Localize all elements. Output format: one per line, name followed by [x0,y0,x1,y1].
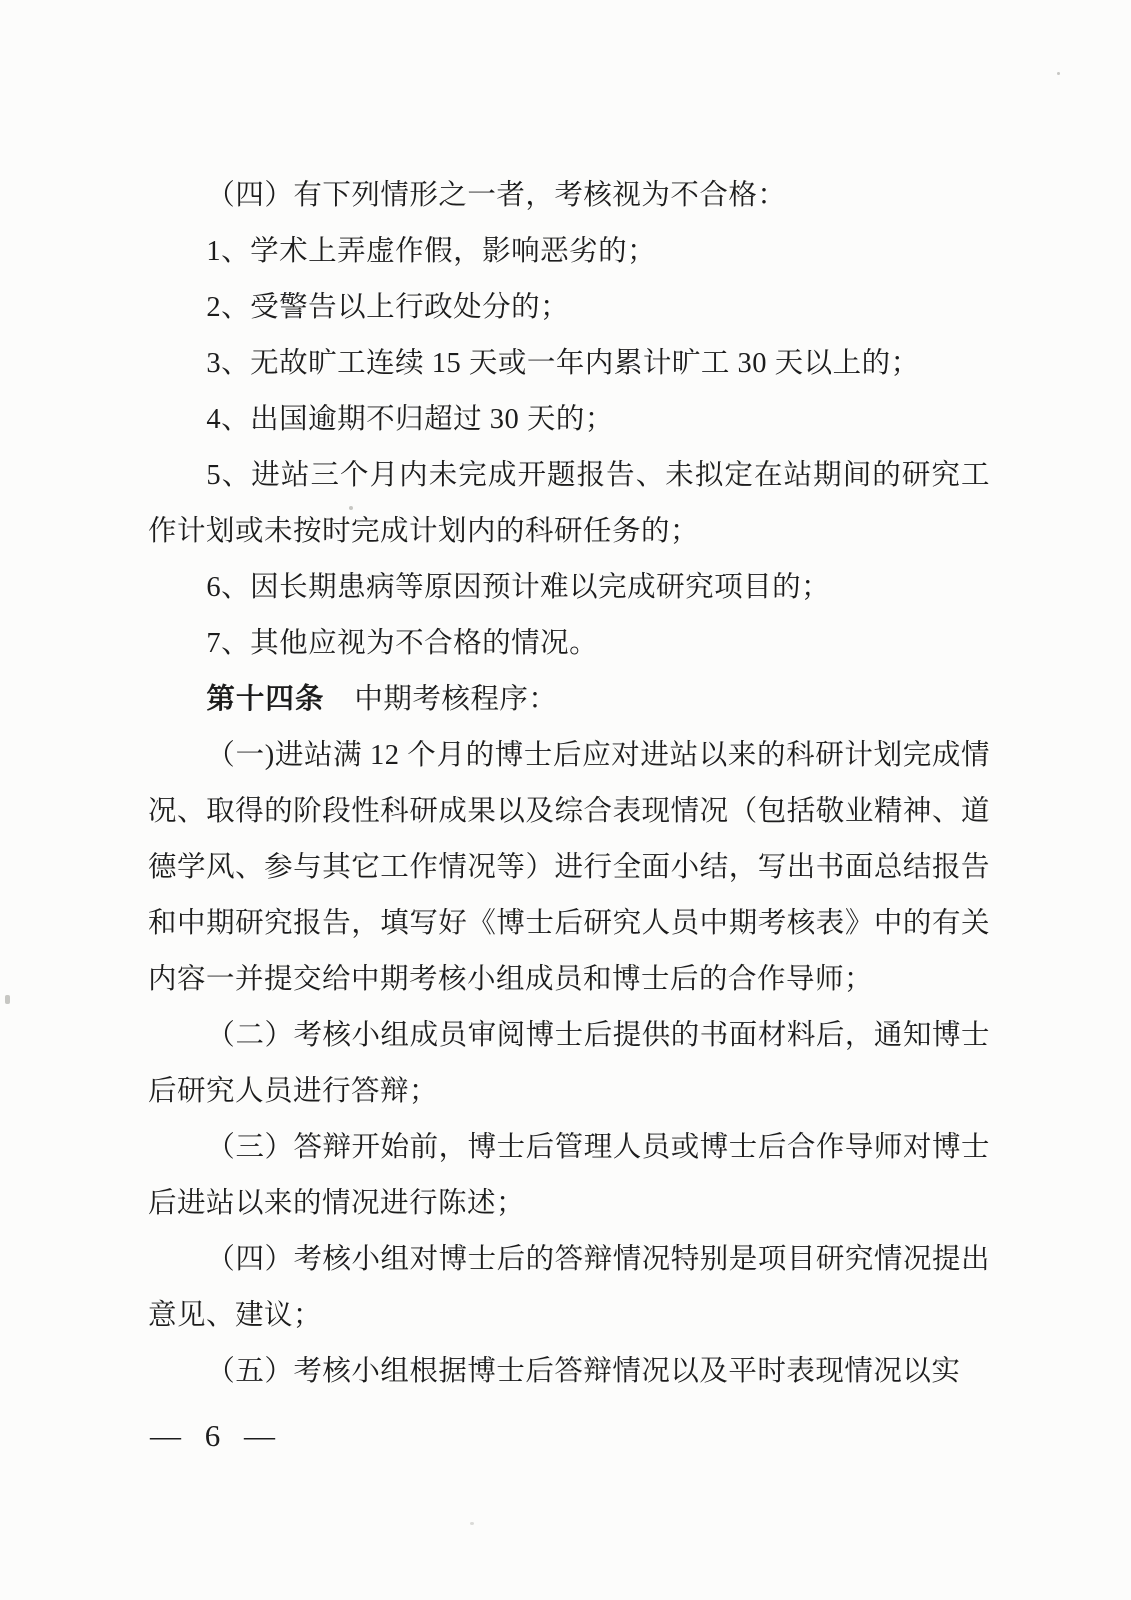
paragraph: （三）答辩开始前，博士后管理人员或博士后合作导师对博士后进站以来的情况进行陈述； [148,1120,990,1232]
paragraph: 7、其他应视为不合格的情况。 [148,616,990,672]
article-heading-paragraph: 第十四条中期考核程序： [148,672,990,728]
paragraph: （一)进站满 12 个月的博士后应对进站以来的科研计划完成情况、取得的阶段性科研… [148,728,990,1008]
paragraph: 4、出国逾期不归超过 30 天的； [148,392,990,448]
scan-speck [1057,72,1060,75]
paragraph: 3、无故旷工连续 15 天或一年内累计旷工 30 天以上的； [148,336,990,392]
document-body-text: （四）有下列情形之一者，考核视为不合格：1、学术上弄虚作假，影响恶劣的；2、受警… [148,168,990,1400]
scan-speck [5,995,10,1004]
scan-speck [349,506,353,510]
paragraph: （五）考核小组根据博士后答辩情况以及平时表现情况以实 [148,1344,990,1400]
paragraph: 6、因长期患病等原因预计难以完成研究项目的； [148,560,990,616]
page-number: — 6 — [150,1418,283,1454]
paragraph: （四）有下列情形之一者，考核视为不合格： [148,168,990,224]
paragraph: 5、进站三个月内未完成开题报告、未拟定在站期间的研究工作计划或未按时完成计划内的… [148,448,990,560]
paragraph: （二）考核小组成员审阅博士后提供的书面材料后，通知博士后研究人员进行答辩； [148,1008,990,1120]
article-number: 第十四条 [206,684,324,715]
paragraph: 2、受警告以上行政处分的； [148,280,990,336]
paragraph: （四）考核小组对博士后的答辩情况特别是项目研究情况提出意见、建议； [148,1232,990,1344]
paragraph: 1、学术上弄虚作假，影响恶劣的； [148,224,990,280]
article-title: 中期考核程序： [354,684,557,715]
scan-speck [470,1522,474,1525]
document-page: （四）有下列情形之一者，考核视为不合格：1、学术上弄虚作假，影响恶劣的；2、受警… [0,0,1131,1600]
